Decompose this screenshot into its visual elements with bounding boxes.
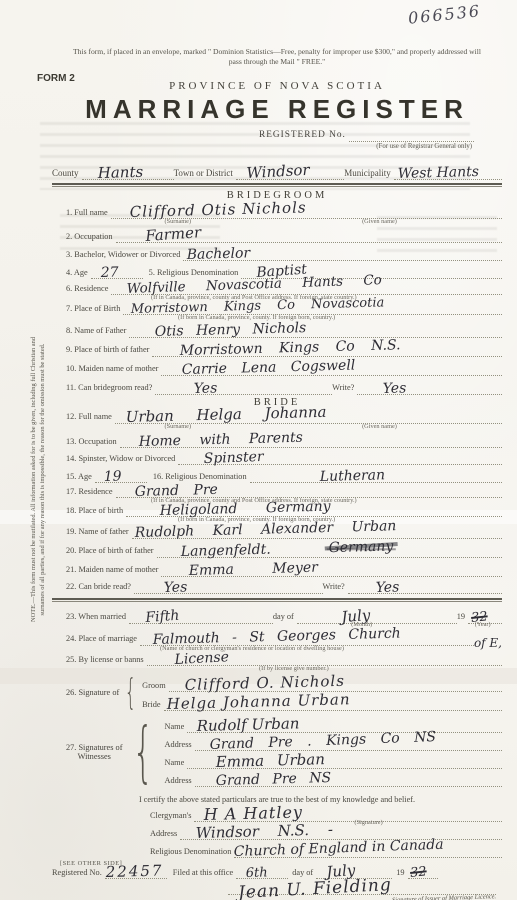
field-row-bride-occupation: 13. Occupation Home with Parents xyxy=(52,430,502,448)
month-field: July (Month) xyxy=(297,619,457,624)
field-row-read-write: 11. Can bridegroom read? Yes Write? Yes xyxy=(52,376,502,395)
bride-surname-sublabel: (Surname) xyxy=(165,424,192,430)
bride-full-name-label: 12. Full name xyxy=(66,413,115,423)
field-row-residence: 6. Residence Wolfville Novascotia Hants … xyxy=(52,279,502,295)
registered-value-field: 22457 xyxy=(105,874,167,879)
surname-sublabel: (Surname) xyxy=(165,219,192,225)
denomination-label: Religious Denomination xyxy=(150,848,234,858)
bride-residence-label: 17. Residence xyxy=(66,488,116,498)
bride-write-label: Write? xyxy=(323,583,348,593)
write-field: Yes xyxy=(357,390,502,395)
field-row-father-birth: 9. Place of birth of father Morristown K… xyxy=(52,338,502,357)
bride-birth-sublabel-row: (If born in Canada, province, county. If… xyxy=(52,517,502,523)
write-label: Write? xyxy=(332,384,357,394)
denomination-row: Religious Denomination Church of England… xyxy=(150,840,502,858)
registered-no-block: REGISTERED No. xyxy=(259,131,474,142)
section-divider xyxy=(52,183,502,187)
filed-label: Filed at this office xyxy=(167,869,236,879)
witness2-address-row: Address Grand Pre NS xyxy=(164,769,502,787)
municipality-label: Municipality xyxy=(344,169,394,180)
signature-of-label: 26. Signature of xyxy=(66,688,119,697)
province-title: PROVINCE OF NOVA SCOTIA xyxy=(52,80,502,92)
filed-day-field: 6th xyxy=(236,874,288,879)
year-field: 32 (Year) xyxy=(468,619,502,624)
county-label: County xyxy=(52,169,82,180)
mother-value: Carrie Lena Cogswell xyxy=(181,357,355,378)
birth-label: 7. Place of Birth xyxy=(66,305,123,315)
father-value: Otis Henry Nichols xyxy=(155,320,307,340)
place-of-marriage-label: 24. Place of marriage xyxy=(66,635,140,645)
father-birth-label: 9. Place of birth of father xyxy=(66,346,152,356)
witness2-address-label: Address xyxy=(164,777,194,787)
bride-name-sublabels: (Surname) (Given name) xyxy=(52,424,502,430)
field-row-status: 3. Bachelor, Widower or Divorced Bachelo… xyxy=(52,243,502,261)
field-row-occupation: 2. Occupation Farmer xyxy=(52,225,502,243)
envelope-instruction: This form, if placed in an envelope, mar… xyxy=(71,47,483,68)
brace-glyph: { xyxy=(125,672,136,713)
residence-label: 6. Residence xyxy=(66,285,111,295)
status-label: 3. Bachelor, Widower or Divorced xyxy=(66,251,183,261)
place-sublabel-row: (Name of church or clergyman's residence… xyxy=(52,646,502,652)
write-value: Yes xyxy=(383,380,407,397)
residence-sublabel-row: (If in Canada, province, county and Post… xyxy=(52,295,502,301)
bride-father-birth-label: 20. Place of birth of father xyxy=(66,547,157,557)
field-row-father: 8. Name of Father Otis Henry Nichols xyxy=(52,322,502,338)
bride-write-value: Yes xyxy=(375,579,399,596)
bride-occupation-label: 13. Occupation xyxy=(66,438,120,448)
municipality-field: West Hants xyxy=(394,175,502,180)
county-value: Hants xyxy=(98,163,144,182)
given-name-sublabel: (Given name) xyxy=(362,219,397,225)
license-sublabel: (If by license give number.) xyxy=(259,666,329,672)
bride-mother-label: 21. Maiden name of mother xyxy=(66,566,161,576)
field-row-full-name: 1. Full name Clifford Otis Nichols xyxy=(52,201,502,219)
bride-write-field: Yes xyxy=(348,589,502,594)
read-value: Yes xyxy=(194,380,218,397)
bride-residence-sublabel-row: (If in Canada, province, county and Post… xyxy=(52,498,502,504)
bride-father-birth-struck-value: Germany xyxy=(328,538,393,556)
bride-signature-row: Bride Helga Johanna Urban xyxy=(142,692,502,711)
full-name-label: 1. Full name xyxy=(66,209,111,219)
witness1-name-label: Name xyxy=(164,723,187,733)
filed-year-value: 32 xyxy=(410,865,428,882)
mother-label: 10. Maiden name of mother xyxy=(66,365,161,375)
year-prefix: 19 xyxy=(457,613,468,623)
witness1-address-row: Address Grand Pre . Kings Co NS xyxy=(164,733,502,751)
clergyman-address-value: Windsor N.S. - xyxy=(196,821,334,843)
field-row-place-of-marriage: 24. Place of marriage Falmouth - St Geor… xyxy=(52,628,502,646)
filed-day-of-label: day of xyxy=(288,869,316,879)
license-sublabel-row: (If by license give number.) xyxy=(52,666,502,672)
clergyman-label: Clergyman's xyxy=(150,812,194,822)
witness2-name-label: Name xyxy=(164,759,187,769)
field-row-bride-father-birth: 20. Place of birth of father Langenfeldt… xyxy=(52,539,502,558)
bride-read-value: Yes xyxy=(164,579,188,596)
denomination-value: Church of England in Canada xyxy=(234,837,444,860)
witness1-name-value: Rudolf Urban xyxy=(196,714,299,735)
filed-day-value: 6th xyxy=(245,866,267,882)
bride-residence-sublabel: (If in Canada, province, county and Post… xyxy=(151,498,357,504)
registered-filed-row: Registered No. 22457 Filed at this offic… xyxy=(52,860,502,879)
document-title: MARRIAGE REGISTER xyxy=(52,94,502,125)
registrar-note: (For use of Registrar General only) xyxy=(257,143,472,150)
bride-signature-value: Helga Johanna Urban xyxy=(166,690,350,713)
witnesses-label-line2: Witnesses xyxy=(66,752,122,761)
when-married-field: Fifth xyxy=(129,619,273,624)
signature-group: 26. Signature of { Groom Clifford O. Nic… xyxy=(52,672,502,713)
birth-sublabel-row: (If born in Canada, province, county. If… xyxy=(52,315,502,321)
bride-status-label: 14. Spinster, Widow or Divorced xyxy=(66,455,178,465)
witnesses-label-line1: 27. Signatures of xyxy=(66,743,122,752)
father-birth-value: Morristown Kings Co N.S. xyxy=(180,337,401,359)
read-label: 11. Can bridegroom read? xyxy=(66,384,155,394)
witness2-name-value: Emma Urban xyxy=(215,750,325,771)
full-name-value: Clifford Otis Nichols xyxy=(130,198,307,221)
town-label: Town or District xyxy=(174,169,236,180)
field-row-birth: 7. Place of Birth Morristown Kings Co No… xyxy=(52,301,502,315)
read-field: Yes xyxy=(155,390,332,395)
margin-note-line1: NOTE.—This form must not be mutilated. A… xyxy=(30,217,39,742)
bride-read-label: 22. Can bride read? xyxy=(66,583,134,593)
field-row-bride-residence: 17. Residence Grand Pre xyxy=(52,483,502,498)
margin-note-line2: surnames of all parties, and if for any … xyxy=(39,217,48,742)
bride-given-sublabel: (Given name) xyxy=(362,424,397,430)
witness1-address-label: Address xyxy=(164,741,194,751)
field-row-bride-status: 14. Spinster, Widow or Divorced Spinster xyxy=(52,448,502,465)
clergyman-address-row: Address Windsor N.S. - xyxy=(150,822,502,840)
town-field: Windsor xyxy=(236,175,344,180)
clergyman-address-label: Address xyxy=(150,830,180,840)
registered-no-label: REGISTERED No. xyxy=(259,131,349,142)
marriage-section-divider xyxy=(52,598,502,602)
field-row-when-married: 23. When married Fifth day of July (Mont… xyxy=(52,604,502,624)
marriage-register-document: 066536 NOTE.—This form must not be mutil… xyxy=(0,0,517,900)
field-row-bride-age-religion: 15. Age 19 16. Religious Denomination Lu… xyxy=(52,465,502,483)
year-sublabel: (Year) xyxy=(475,621,491,628)
field-row-bride-father: 19. Name of father Rudolph Karl Alexande… xyxy=(52,524,502,539)
birth-sublabel: (If born in Canada, province, county. If… xyxy=(178,315,335,321)
registered-value: 22457 xyxy=(106,862,164,882)
registered-no-field xyxy=(349,137,474,142)
occupation-value: Farmer xyxy=(145,223,202,245)
occupation-label: 2. Occupation xyxy=(66,233,116,243)
groom-signature-row: Groom Clifford O. Nichols xyxy=(142,674,502,692)
issuer-signature-block: Jean U. Fielding Signature of Issuer of … xyxy=(228,881,496,899)
witness2-address-value: Grand Pre NS xyxy=(216,770,332,789)
when-married-label: 23. When married xyxy=(66,613,129,623)
field-row-license: 25. By license or banns License xyxy=(52,652,502,666)
father-label: 8. Name of Father xyxy=(66,327,129,337)
filed-year-field: 32 xyxy=(408,874,438,879)
field-row-bride-full-name: 12. Full name Urban Helga Johanna xyxy=(52,408,502,424)
bride-read-field: Yes xyxy=(134,589,323,594)
name-sublabels: (Surname) (Given name) xyxy=(52,219,502,225)
bride-label: Bride xyxy=(142,701,163,711)
field-row-bride-mother: 21. Maiden name of mother Emma Meyer xyxy=(52,558,502,577)
bride-birth-sublabel: (If born in Canada, province, county. If… xyxy=(178,517,335,523)
age-label: 4. Age xyxy=(66,269,91,279)
clergyman-row: Clergyman's H A Hatley (Signature) xyxy=(150,804,502,822)
witnesses-group: 27. Signatures of Witnesses { Name Rudol… xyxy=(52,713,502,790)
registered-label: Registered No. xyxy=(52,869,105,879)
when-married-value: Fifth xyxy=(145,607,180,625)
bride-father-label: 19. Name of father xyxy=(66,528,132,538)
denomination-field: Church of England in Canada xyxy=(234,853,502,858)
bride-birth-label: 18. Place of birth xyxy=(66,507,126,517)
county-field: Hants xyxy=(82,175,174,180)
day-of-label: day of xyxy=(273,613,297,623)
filed-year-prefix: 19 xyxy=(392,869,407,879)
margin-note: NOTE.—This form must not be mutilated. A… xyxy=(30,217,47,742)
bride-occupation-value: Home with Parents xyxy=(138,430,303,450)
place-sublabel: (Name of church or clergyman's residence… xyxy=(160,646,344,652)
license-label: 25. By license or banns xyxy=(66,656,147,666)
field-row-bride-read-write: 22. Can bride read? Yes Write? Yes xyxy=(52,577,502,594)
groom-label: Groom xyxy=(142,682,169,692)
municipality-value: West Hants xyxy=(398,164,480,182)
bride-age-label: 15. Age xyxy=(66,473,95,483)
bride-signature-field: Helga Johanna Urban xyxy=(164,706,502,711)
town-value: Windsor xyxy=(246,161,310,182)
witness2-address-field: Grand Pre NS xyxy=(195,782,502,787)
field-row-mother: 10. Maiden name of mother Carrie Lena Co… xyxy=(52,357,502,376)
witness2-name-row: Name Emma Urban xyxy=(164,751,502,769)
brace-glyph: { xyxy=(133,713,154,790)
residence-sublabel: (If in Canada, province, county and Post… xyxy=(151,295,357,301)
witness1-name-row: Name Rudolf Urban xyxy=(164,716,502,733)
location-row: County Hants Town or District Windsor Mu… xyxy=(52,158,502,180)
